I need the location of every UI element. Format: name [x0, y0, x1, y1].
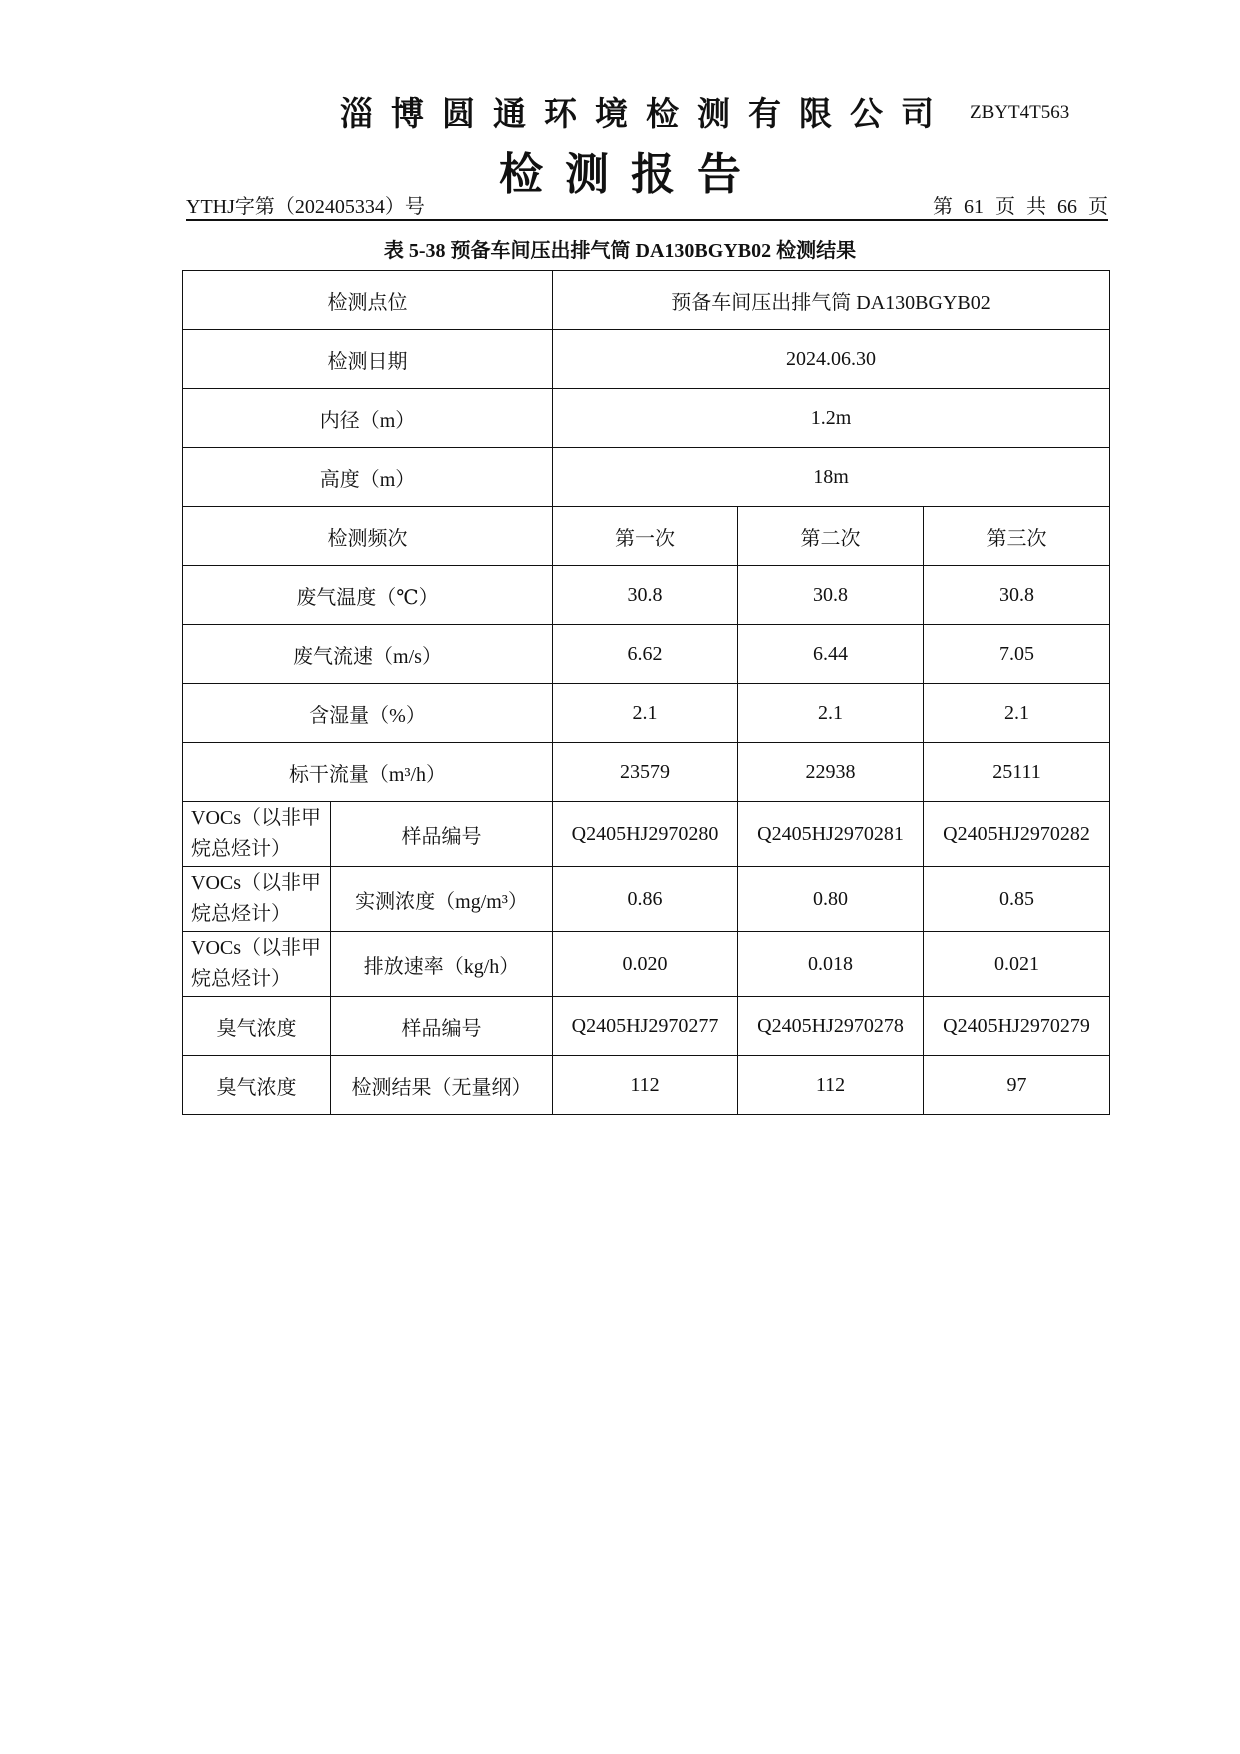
cell-value: 22938	[738, 743, 924, 802]
cell-value: 2.1	[553, 684, 738, 743]
cell-value: 112	[738, 1056, 924, 1115]
table-caption: 表 5-38 预备车间压出排气筒 DA130BGYB02 检测结果	[0, 234, 1240, 263]
cell-value: Q2405HJ2970277	[553, 997, 738, 1056]
cell-value: 0.021	[924, 932, 1110, 997]
item-label: 样品编号	[331, 997, 553, 1056]
cell-value: 7.05	[924, 625, 1110, 684]
item-label: 检测结果（无量纲）	[331, 1056, 553, 1115]
column-header: 第一次	[553, 507, 738, 566]
pollutant-group: VOCs（以非甲烷总烃计）	[183, 867, 331, 932]
pollutant-group: VOCs（以非甲烷总烃计）	[183, 802, 331, 867]
cell-value: 97	[924, 1056, 1110, 1115]
cell-value: 6.44	[738, 625, 924, 684]
company-code: ZBYT4T563	[970, 102, 1069, 124]
table-row: 检测点位 预备车间压出排气筒 DA130BGYB02	[183, 271, 1110, 330]
item-label: 排放速率（kg/h）	[331, 932, 553, 997]
cell-value: 0.018	[738, 932, 924, 997]
cell-value: 25111	[924, 743, 1110, 802]
cell-value: 0.85	[924, 867, 1110, 932]
cell-value: 2.1	[738, 684, 924, 743]
cell-value: Q2405HJ2970281	[738, 802, 924, 867]
cell-value: Q2405HJ2970280	[553, 802, 738, 867]
cell-value: Q2405HJ2970278	[738, 997, 924, 1056]
table-row: 废气温度（℃） 30.8 30.8 30.8	[183, 566, 1110, 625]
table-row: 含湿量（%） 2.1 2.1 2.1	[183, 684, 1110, 743]
table-row: 标干流量（m³/h） 23579 22938 25111	[183, 743, 1110, 802]
cell-value: Q2405HJ2970282	[924, 802, 1110, 867]
row-label: 内径（m）	[183, 389, 553, 448]
column-header: 第二次	[738, 507, 924, 566]
header-divider	[186, 219, 1108, 221]
row-label: 废气流速（m/s）	[183, 625, 553, 684]
table-row: 内径（m） 1.2m	[183, 389, 1110, 448]
row-label: 废气温度（℃）	[183, 566, 553, 625]
row-label: 检测点位	[183, 271, 553, 330]
company-header: 淄博圆通环境检测有限公司 ZBYT4T563	[0, 88, 1240, 138]
report-meta: YTHJ字第（202405334）号 第 61 页 共 66 页	[186, 190, 1108, 216]
cell-value: 6.62	[553, 625, 738, 684]
table-row: 高度（m） 18m	[183, 448, 1110, 507]
cell-value: 0.86	[553, 867, 738, 932]
frequency-row: 检测频次 第一次 第二次 第三次	[183, 507, 1110, 566]
table-row: VOCs（以非甲烷总烃计） 排放速率（kg/h） 0.020 0.018 0.0…	[183, 932, 1110, 997]
row-label: 检测频次	[183, 507, 553, 566]
cell-value: 0.80	[738, 867, 924, 932]
pollutant-group: VOCs（以非甲烷总烃计）	[183, 932, 331, 997]
cell-value: Q2405HJ2970279	[924, 997, 1110, 1056]
column-header: 第三次	[924, 507, 1110, 566]
row-value: 1.2m	[553, 389, 1110, 448]
table-row: 臭气浓度 检测结果（无量纲） 112 112 97	[183, 1056, 1110, 1115]
row-label: 高度（m）	[183, 448, 553, 507]
page-indicator: 第 61 页 共 66 页	[933, 190, 1108, 219]
row-label: 检测日期	[183, 330, 553, 389]
company-name: 淄博圆通环境检测有限公司	[340, 88, 952, 135]
pollutant-group: 臭气浓度	[183, 997, 331, 1056]
row-value: 2024.06.30	[553, 330, 1110, 389]
table-row: VOCs（以非甲烷总烃计） 样品编号 Q2405HJ2970280 Q2405H…	[183, 802, 1110, 867]
table-row: 检测日期 2024.06.30	[183, 330, 1110, 389]
row-label: 含湿量（%）	[183, 684, 553, 743]
row-value: 预备车间压出排气筒 DA130BGYB02	[553, 271, 1110, 330]
pollutant-group: 臭气浓度	[183, 1056, 331, 1115]
cell-value: 30.8	[924, 566, 1110, 625]
document-number: YTHJ字第（202405334）号	[186, 190, 425, 219]
cell-value: 30.8	[738, 566, 924, 625]
cell-value: 112	[553, 1056, 738, 1115]
table-row: 废气流速（m/s） 6.62 6.44 7.05	[183, 625, 1110, 684]
row-value: 18m	[553, 448, 1110, 507]
cell-value: 30.8	[553, 566, 738, 625]
cell-value: 23579	[553, 743, 738, 802]
cell-value: 2.1	[924, 684, 1110, 743]
cell-value: 0.020	[553, 932, 738, 997]
table-row: 臭气浓度 样品编号 Q2405HJ2970277 Q2405HJ2970278 …	[183, 997, 1110, 1056]
item-label: 实测浓度（mg/m³）	[331, 867, 553, 932]
results-table: 检测点位 预备车间压出排气筒 DA130BGYB02 检测日期 2024.06.…	[182, 270, 1110, 1115]
item-label: 样品编号	[331, 802, 553, 867]
table-row: VOCs（以非甲烷总烃计） 实测浓度（mg/m³） 0.86 0.80 0.85	[183, 867, 1110, 932]
row-label: 标干流量（m³/h）	[183, 743, 553, 802]
